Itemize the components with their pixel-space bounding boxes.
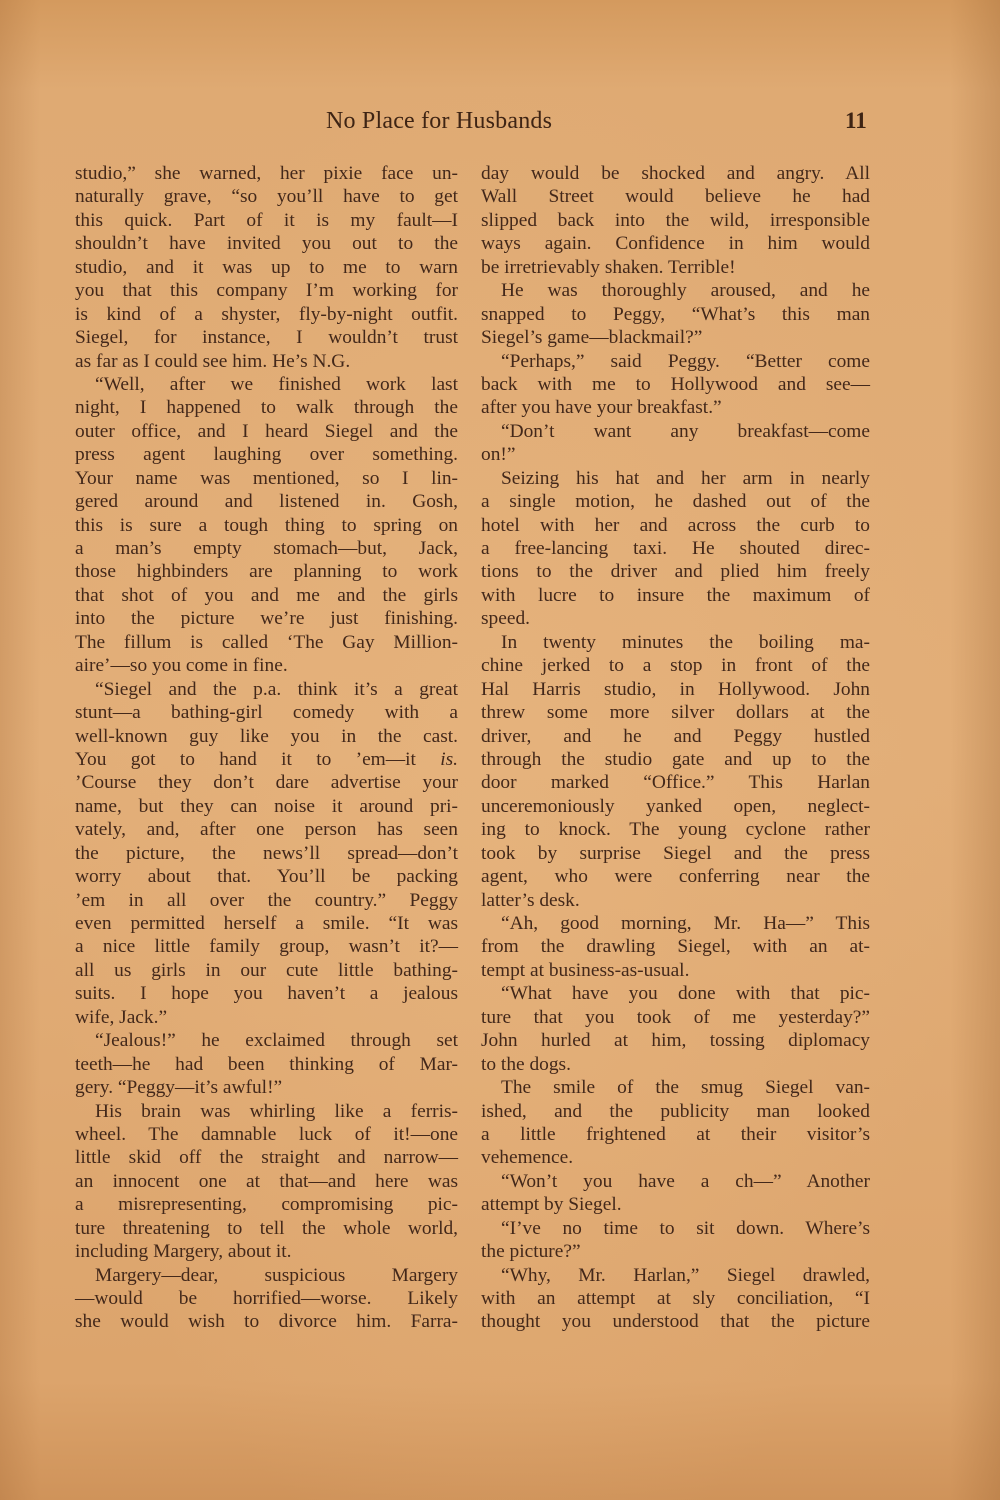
text-line: You got to hand it to ’em—it is. bbox=[75, 748, 458, 771]
text-line: wife, Jack.” bbox=[75, 1006, 458, 1029]
text-line: He was thoroughly aroused, and he bbox=[481, 279, 870, 302]
text-line: “I’ve no time to sit down. Where’s bbox=[481, 1217, 870, 1240]
text-line: Seizing his hat and her arm in nearly bbox=[481, 467, 870, 490]
text-line: the picture?” bbox=[481, 1240, 870, 1263]
text-line: John hurled at him, tossing diplomacy bbox=[481, 1029, 870, 1052]
text-line: the picture, the news’ll spread—don’t bbox=[75, 842, 458, 865]
text-line: naturally grave, “so you’ll have to get bbox=[75, 185, 458, 208]
text-line: thought you understood that the picture bbox=[481, 1310, 870, 1333]
text-line: attempt by Siegel. bbox=[481, 1193, 870, 1216]
text-line: driver, and he and Peggy hustled bbox=[481, 725, 870, 748]
book-page: No Place for Husbands 11 studio,” she wa… bbox=[0, 0, 1000, 1500]
text-line: “What have you done with that pic- bbox=[481, 982, 870, 1005]
text-line: stunt—a bathing-girl comedy with a bbox=[75, 701, 458, 724]
text-line: “Well, after we finished work last bbox=[75, 373, 458, 396]
text-line: “Siegel and the p.a. think it’s a great bbox=[75, 678, 458, 701]
text-line: threw some more silver dollars at the bbox=[481, 701, 870, 724]
text-line: is kind of a shyster, fly-by-night outfi… bbox=[75, 303, 458, 326]
text-line: those highbinders are planning to work bbox=[75, 560, 458, 583]
text-line: a little frightened at their visitor’s bbox=[481, 1123, 870, 1146]
text-line: door marked “Office.” This Harlan bbox=[481, 771, 870, 794]
text-line: unceremoniously yanked open, neglect- bbox=[481, 795, 870, 818]
text-line: tions to the driver and plied him freely bbox=[481, 560, 870, 583]
text-line: “Perhaps,” said Peggy. “Better come bbox=[481, 350, 870, 373]
text-line: day would be shocked and angry. All bbox=[481, 162, 870, 185]
text-line: Siegel, for instance, I wouldn’t trust bbox=[75, 326, 458, 349]
text-line: you that this company I’m working for bbox=[75, 279, 458, 302]
text-line: even permitted herself a smile. “It was bbox=[75, 912, 458, 935]
text-line: The fillum is called ‘The Gay Million- bbox=[75, 631, 458, 654]
text-line: speed. bbox=[481, 607, 870, 630]
text-line: agent, who were conferring near the bbox=[481, 865, 870, 888]
text-line: back with me to Hollywood and see— bbox=[481, 373, 870, 396]
text-line: tempt at business-as-usual. bbox=[481, 959, 870, 982]
text-line: vately, and, after one person has seen bbox=[75, 818, 458, 841]
text-line: “Ah, good morning, Mr. Ha—” This bbox=[481, 912, 870, 935]
text-line: she would wish to divorce him. Farra- bbox=[75, 1310, 458, 1333]
text-line: well-known guy like you in the cast. bbox=[75, 725, 458, 748]
text-line: into the picture we’re just finishing. bbox=[75, 607, 458, 630]
text-line: press agent laughing over something. bbox=[75, 443, 458, 466]
text-line: ing to knock. The young cyclone rather bbox=[481, 818, 870, 841]
text-line: ’em in all over the country.” Peggy bbox=[75, 889, 458, 912]
text-line: chine jerked to a stop in front of the bbox=[481, 654, 870, 677]
text-line: aire’—so you come in fine. bbox=[75, 654, 458, 677]
text-line: Hal Harris studio, in Hollywood. John bbox=[481, 678, 870, 701]
text-line: as far as I could see him. He’s N.G. bbox=[75, 350, 458, 373]
text-line: teeth—he had been thinking of Mar- bbox=[75, 1053, 458, 1076]
text-line: Margery—dear, suspicious Margery bbox=[75, 1264, 458, 1287]
text-line: be irretrievably shaken. Terrible! bbox=[481, 256, 870, 279]
text-line: this quick. Part of it is my fault—I bbox=[75, 209, 458, 232]
text-line: Your name was mentioned, so I lin- bbox=[75, 467, 458, 490]
text-line: all us girls in our cute little bathing- bbox=[75, 959, 458, 982]
text-line: gery. “Peggy—it’s awful!” bbox=[75, 1076, 458, 1099]
text-line: worry about that. You’ll be packing bbox=[75, 865, 458, 888]
text-line: Wall Street would believe he had bbox=[481, 185, 870, 208]
page-number: 11 bbox=[845, 108, 867, 134]
text-line: night, I happened to walk through the bbox=[75, 396, 458, 419]
text-line: Siegel’s game—blackmail?” bbox=[481, 326, 870, 349]
text-line: shouldn’t have invited you out to the bbox=[75, 232, 458, 255]
text-line: hotel with her and across the curb to bbox=[481, 514, 870, 537]
text-line: a man’s empty stomach—but, Jack, bbox=[75, 537, 458, 560]
text-line: that shot of you and me and the girls bbox=[75, 584, 458, 607]
text-line: studio,” she warned, her pixie face un- bbox=[75, 162, 458, 185]
text-line: through the studio gate and up to the bbox=[481, 748, 870, 771]
text-line: a single motion, he dashed out of the bbox=[481, 490, 870, 513]
text-line: latter’s desk. bbox=[481, 889, 870, 912]
text-line: after you have your breakfast.” bbox=[481, 396, 870, 419]
text-column-left: studio,” she warned, her pixie face un-n… bbox=[75, 162, 458, 1334]
text-line: outer office, and I heard Siegel and the bbox=[75, 420, 458, 443]
text-line: In twenty minutes the boiling ma- bbox=[481, 631, 870, 654]
text-line: “Why, Mr. Harlan,” Siegel drawled, bbox=[481, 1264, 870, 1287]
text-line: The smile of the smug Siegel van- bbox=[481, 1076, 870, 1099]
text-line: gered around and listened in. Gosh, bbox=[75, 490, 458, 513]
text-line: suits. I hope you haven’t a jealous bbox=[75, 982, 458, 1005]
text-line: including Margery, about it. bbox=[75, 1240, 458, 1263]
text-line: “Won’t you have a ch—” Another bbox=[481, 1170, 870, 1193]
text-line: wheel. The damnable luck of it!—one bbox=[75, 1123, 458, 1146]
text-line: —would be horrified—worse. Likely bbox=[75, 1287, 458, 1310]
text-line: “Jealous!” he exclaimed through set bbox=[75, 1029, 458, 1052]
text-line: took by surprise Siegel and the press bbox=[481, 842, 870, 865]
text-line: a nice little family group, wasn’t it?— bbox=[75, 935, 458, 958]
text-line: ways again. Confidence in him would bbox=[481, 232, 870, 255]
text-line: studio, and it was up to me to warn bbox=[75, 256, 458, 279]
text-column-right: day would be shocked and angry. AllWall … bbox=[481, 162, 870, 1334]
running-head-title: No Place for Husbands bbox=[326, 108, 552, 135]
text-line: snapped to Peggy, “What’s this man bbox=[481, 303, 870, 326]
text-line: vehemence. bbox=[481, 1146, 870, 1169]
text-line: an innocent one at that—and here was bbox=[75, 1170, 458, 1193]
text-line: ’Course they don’t dare advertise your bbox=[75, 771, 458, 794]
text-line: ture that you took of me yesterday?” bbox=[481, 1006, 870, 1029]
text-line: His brain was whirling like a ferris- bbox=[75, 1100, 458, 1123]
text-line: name, but they can noise it around pri- bbox=[75, 795, 458, 818]
text-line: slipped back into the wild, irresponsibl… bbox=[481, 209, 870, 232]
text-line: to the dogs. bbox=[481, 1053, 870, 1076]
text-line: “Don’t want any breakfast—come bbox=[481, 420, 870, 443]
text-line: a misrepresenting, compromising pic- bbox=[75, 1193, 458, 1216]
text-line: ished, and the publicity man looked bbox=[481, 1100, 870, 1123]
text-line: this is sure a tough thing to spring on bbox=[75, 514, 458, 537]
text-line: from the drawling Siegel, with an at- bbox=[481, 935, 870, 958]
text-line: ture threatening to tell the whole world… bbox=[75, 1217, 458, 1240]
text-line: on!” bbox=[481, 443, 870, 466]
text-line: with an attempt at sly conciliation, “I bbox=[481, 1287, 870, 1310]
text-line: little skid off the straight and narrow— bbox=[75, 1146, 458, 1169]
text-line: a free-lancing taxi. He shouted direc- bbox=[481, 537, 870, 560]
text-line: with lucre to insure the maximum of bbox=[481, 584, 870, 607]
